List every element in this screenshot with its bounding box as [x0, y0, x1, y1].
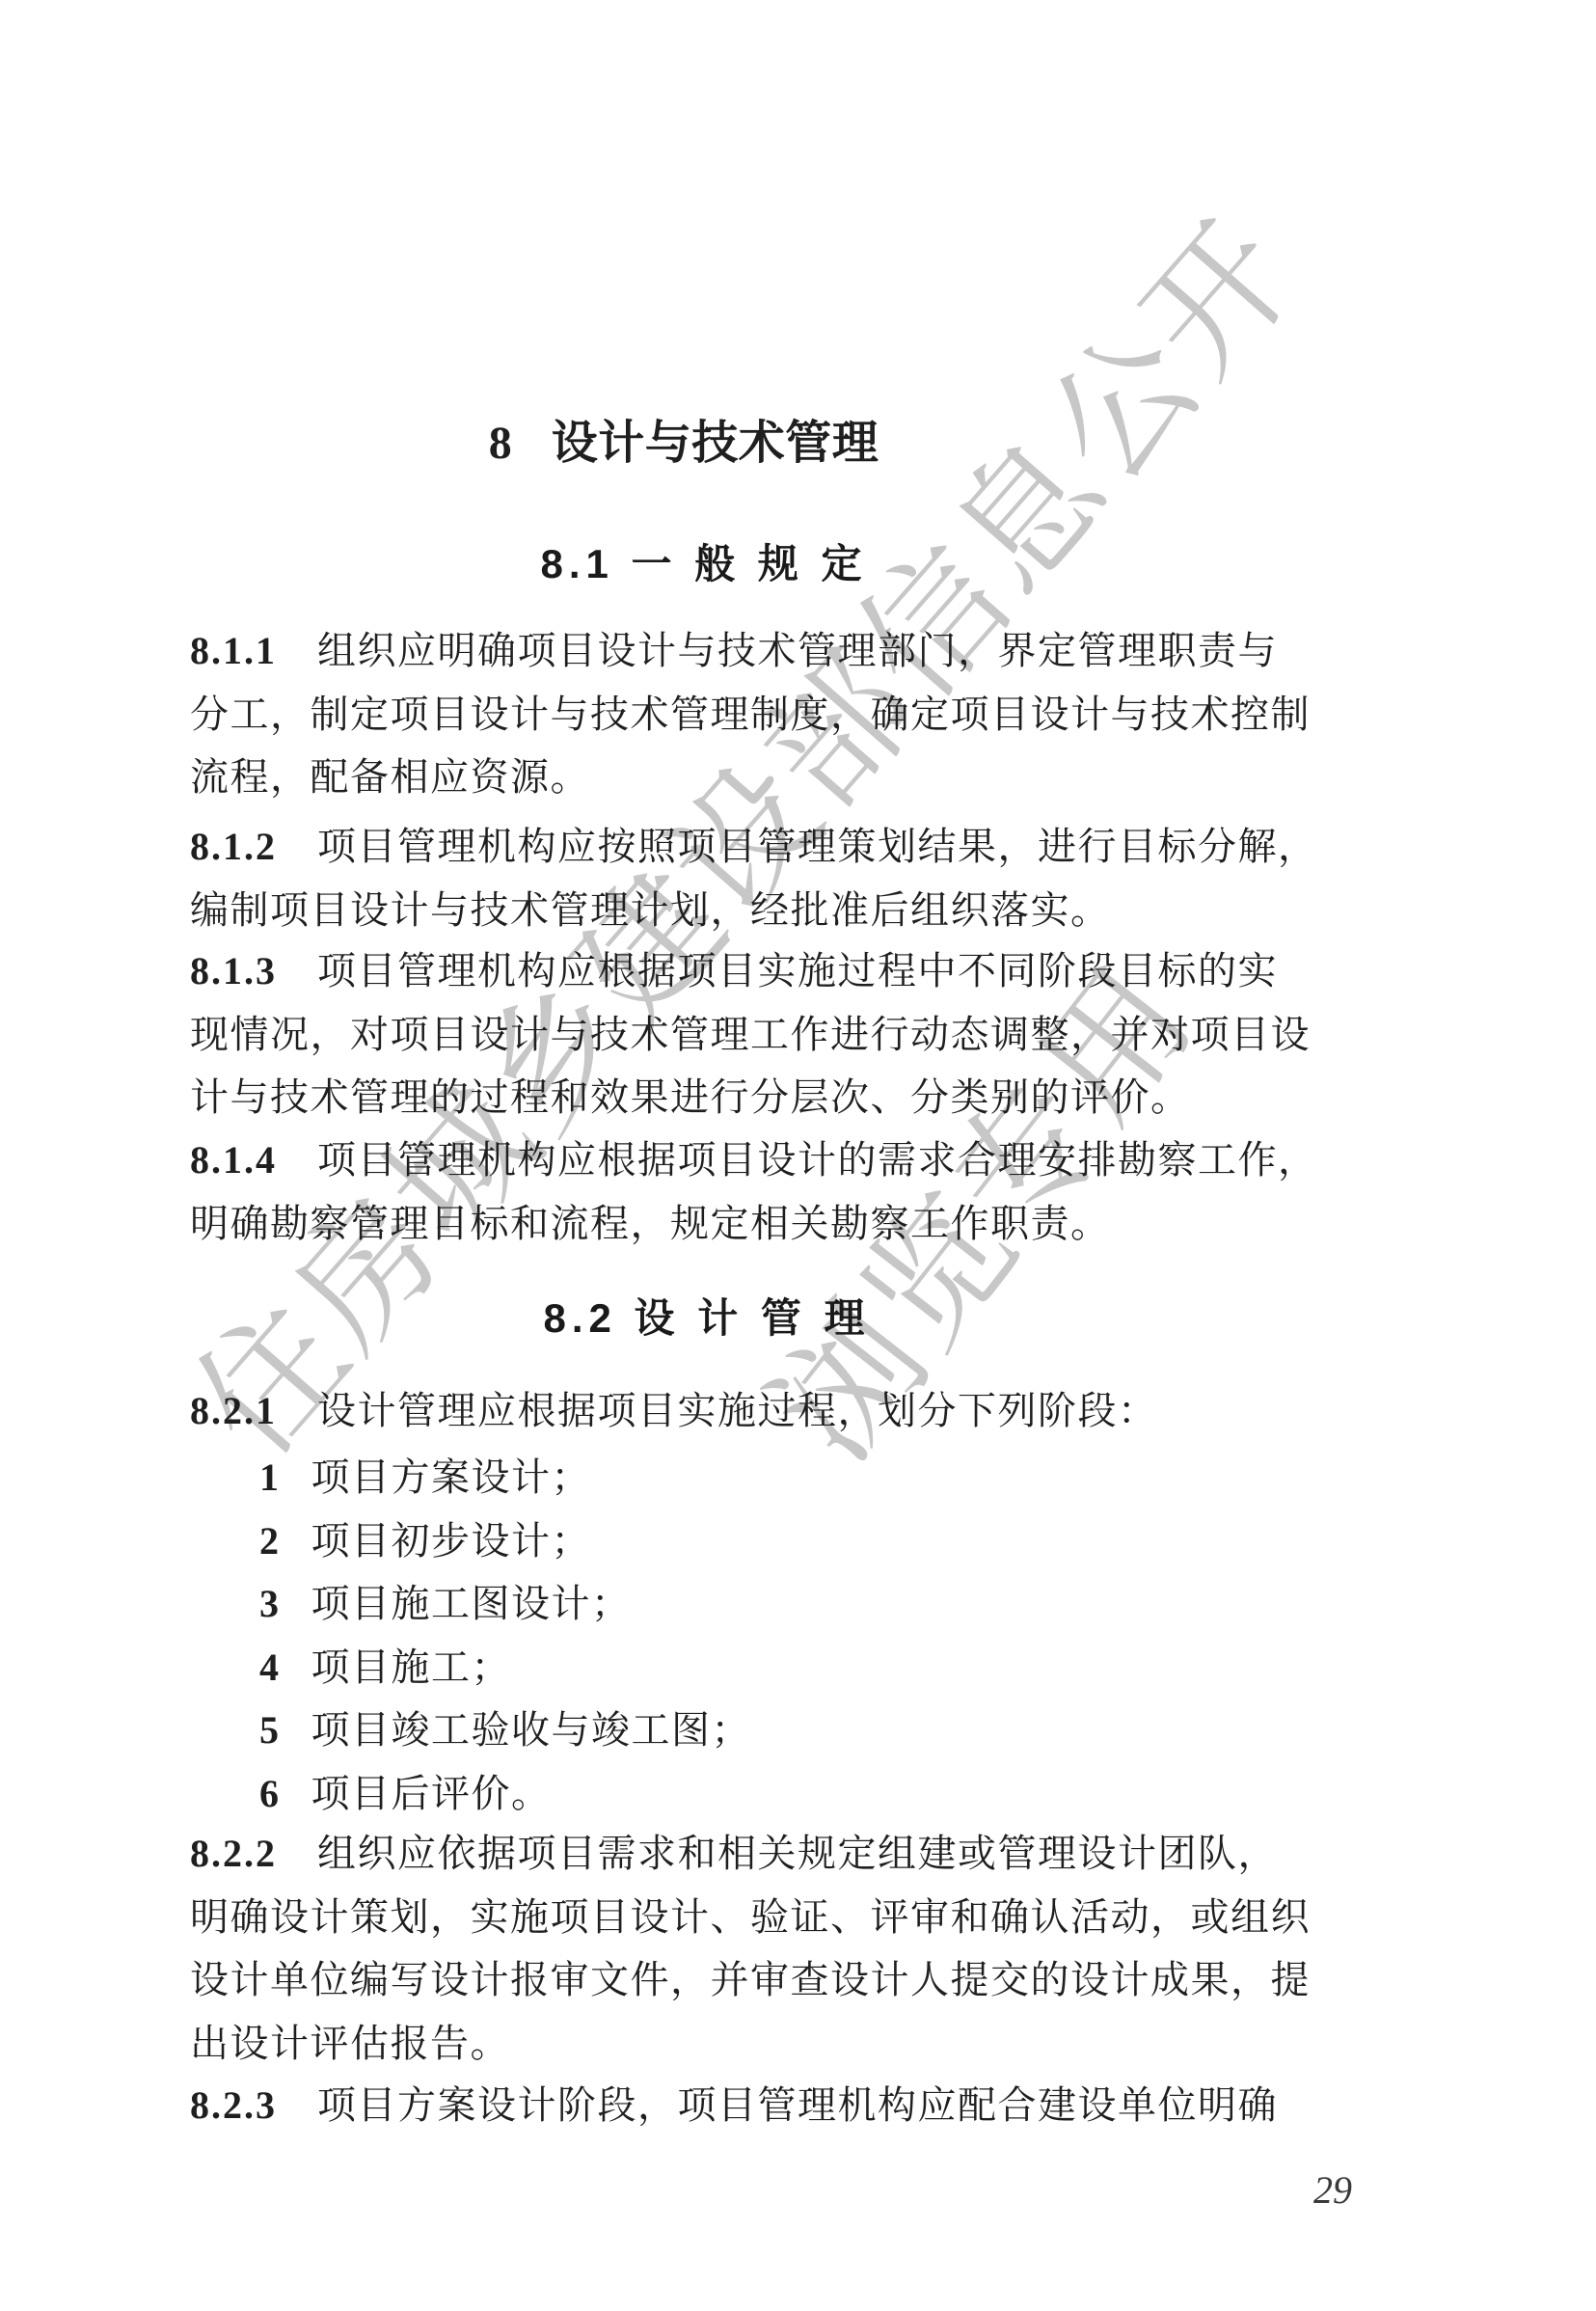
- clause-line: 分工，制定项目设计与技术管理制度，确定项目设计与技术控制: [190, 683, 1347, 747]
- clause-line: 8.1.2项目管理机构应按照项目管理策划结果，进行目标分解，: [190, 815, 1347, 879]
- section-heading-8-1: 8.1 一 般 规 定: [540, 532, 867, 590]
- list-item: 4项目施工；: [190, 1636, 1347, 1699]
- list-item-text: 项目后评价。: [311, 1772, 552, 1815]
- page-number: 29: [1313, 2167, 1352, 2213]
- clause-line: 8.1.4项目管理机构应根据项目设计的需求合理安排勘察工作，: [190, 1128, 1347, 1192]
- clause-line: 明确勘察管理目标和流程，规定相关勘察工作职责。: [190, 1192, 1347, 1256]
- list-item-number: 4: [259, 1645, 281, 1689]
- list-item: 6项目后评价。: [190, 1762, 1347, 1826]
- list-item-number: 2: [259, 1519, 281, 1563]
- clause-number: 8.2.3: [190, 2083, 277, 2127]
- clause-line: 现情况，对项目设计与技术管理工作进行动态调整，并对项目设: [190, 1003, 1347, 1067]
- list-item-number: 3: [259, 1582, 281, 1625]
- list-item: 1项目方案设计；: [190, 1446, 1347, 1509]
- list-item-text: 项目初步设计；: [311, 1519, 592, 1563]
- clause-text: 项目管理机构应按照项目管理策划结果，进行目标分解，: [317, 825, 1318, 868]
- list-item-text: 项目竣工验收与竣工图；: [311, 1708, 752, 1752]
- clause-line: 出设计评估报告。: [190, 2012, 1347, 2076]
- list-item: 2项目初步设计；: [190, 1509, 1347, 1573]
- clause-number: 8.2.1: [190, 1389, 277, 1432]
- clause-number: 8.2.2: [190, 1832, 277, 1875]
- clause-8-2-3: 8.2.3项目方案设计阶段，项目管理机构应配合建设单位明确: [190, 2074, 1347, 2137]
- clause-text: 项目管理机构应根据项目设计的需求合理安排勘察工作，: [317, 1138, 1318, 1182]
- chapter-number: 8: [489, 418, 513, 469]
- clause-line: 明确设计策划，实施项目设计、验证、评审和确认活动，或组织: [190, 1886, 1347, 1949]
- list-item-number: 5: [259, 1708, 281, 1752]
- clause-8-2-2: 8.2.2组织应依据项目需求和相关规定组建或管理设计团队， 明确设计策划，实施项…: [190, 1822, 1347, 2075]
- clause-line: 编制项目设计与技术管理计划，经批准后组织落实。: [190, 879, 1347, 942]
- clause-line: 8.2.3项目方案设计阶段，项目管理机构应配合建设单位明确: [190, 2074, 1347, 2137]
- chapter-heading: 8设计与技术管理: [489, 405, 879, 472]
- clause-8-1-1: 8.1.1组织应明确项目设计与技术管理部门，界定管理职责与 分工，制定项目设计与…: [190, 619, 1347, 809]
- list-item-number: 1: [259, 1455, 281, 1499]
- clause-8-1-4: 8.1.4项目管理机构应根据项目设计的需求合理安排勘察工作， 明确勘察管理目标和…: [190, 1128, 1347, 1255]
- clause-text: 组织应明确项目设计与技术管理部门，界定管理职责与: [317, 629, 1278, 672]
- clause-number: 8.1.4: [190, 1138, 277, 1182]
- chapter-title-text: 设计与技术管理: [552, 418, 879, 469]
- list-item-number: 6: [259, 1772, 281, 1815]
- clause-number: 8.1.3: [190, 949, 277, 992]
- clause-line: 8.2.1设计管理应根据项目实施过程，划分下列阶段：: [190, 1379, 1347, 1443]
- clause-line: 计与技术管理的过程和效果进行分层次、分类别的评价。: [190, 1066, 1347, 1129]
- clause-8-2-1: 8.2.1设计管理应根据项目实施过程，划分下列阶段：: [190, 1379, 1347, 1443]
- clause-8-1-3: 8.1.3项目管理机构应根据项目实施过程中不同阶段目标的实 现情况，对项目设计与…: [190, 939, 1347, 1129]
- clause-line: 设计单位编写设计报审文件，并审查设计人提交的设计成果，提: [190, 1948, 1347, 2012]
- list-item-text: 项目方案设计；: [311, 1455, 592, 1499]
- clause-line: 8.1.1组织应明确项目设计与技术管理部门，界定管理职责与: [190, 619, 1347, 683]
- list-item-text: 项目施工图设计；: [311, 1582, 632, 1625]
- stage-list: 1项目方案设计； 2项目初步设计； 3项目施工图设计； 4项目施工； 5项目竣工…: [190, 1446, 1347, 1825]
- section-heading-8-2: 8.2 设 计 管 理: [543, 1287, 870, 1345]
- clause-number: 8.1.1: [190, 629, 277, 672]
- clause-text: 组织应依据项目需求和相关规定组建或管理设计团队，: [317, 1832, 1278, 1875]
- clause-text: 设计管理应根据项目实施过程，划分下列阶段：: [317, 1389, 1158, 1432]
- list-item-text: 项目施工；: [311, 1645, 512, 1689]
- clause-text: 项目方案设计阶段，项目管理机构应配合建设单位明确: [317, 2083, 1278, 2127]
- clause-number: 8.1.2: [190, 825, 277, 868]
- clause-text: 项目管理机构应根据项目实施过程中不同阶段目标的实: [317, 949, 1278, 992]
- clause-line: 8.1.3项目管理机构应根据项目实施过程中不同阶段目标的实: [190, 939, 1347, 1003]
- clause-line: 8.2.2组织应依据项目需求和相关规定组建或管理设计团队，: [190, 1822, 1347, 1886]
- list-item: 3项目施工图设计；: [190, 1572, 1347, 1636]
- clause-line: 流程，配备相应资源。: [190, 746, 1347, 809]
- list-item: 5项目竣工验收与竣工图；: [190, 1699, 1347, 1762]
- clause-8-1-2: 8.1.2项目管理机构应按照项目管理策划结果，进行目标分解， 编制项目设计与技术…: [190, 815, 1347, 941]
- document-page: 住房城乡建设部信息公开 浏览专用 8设计与技术管理 8.1 一 般 规 定 8.…: [0, 0, 1596, 2311]
